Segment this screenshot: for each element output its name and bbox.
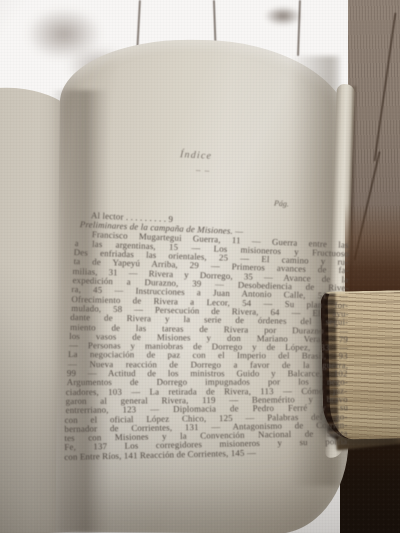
index-text-block: Al lector . . . . . . . . . 9Preliminare… — [64, 211, 349, 464]
index-heading: Índice — [180, 149, 213, 162]
heading-divider: – – — [196, 165, 211, 176]
printed-text-layer: Índice – – Pág. Al lector . . . . . . . … — [0, 0, 400, 533]
page-column-label: Pág. — [274, 198, 289, 208]
